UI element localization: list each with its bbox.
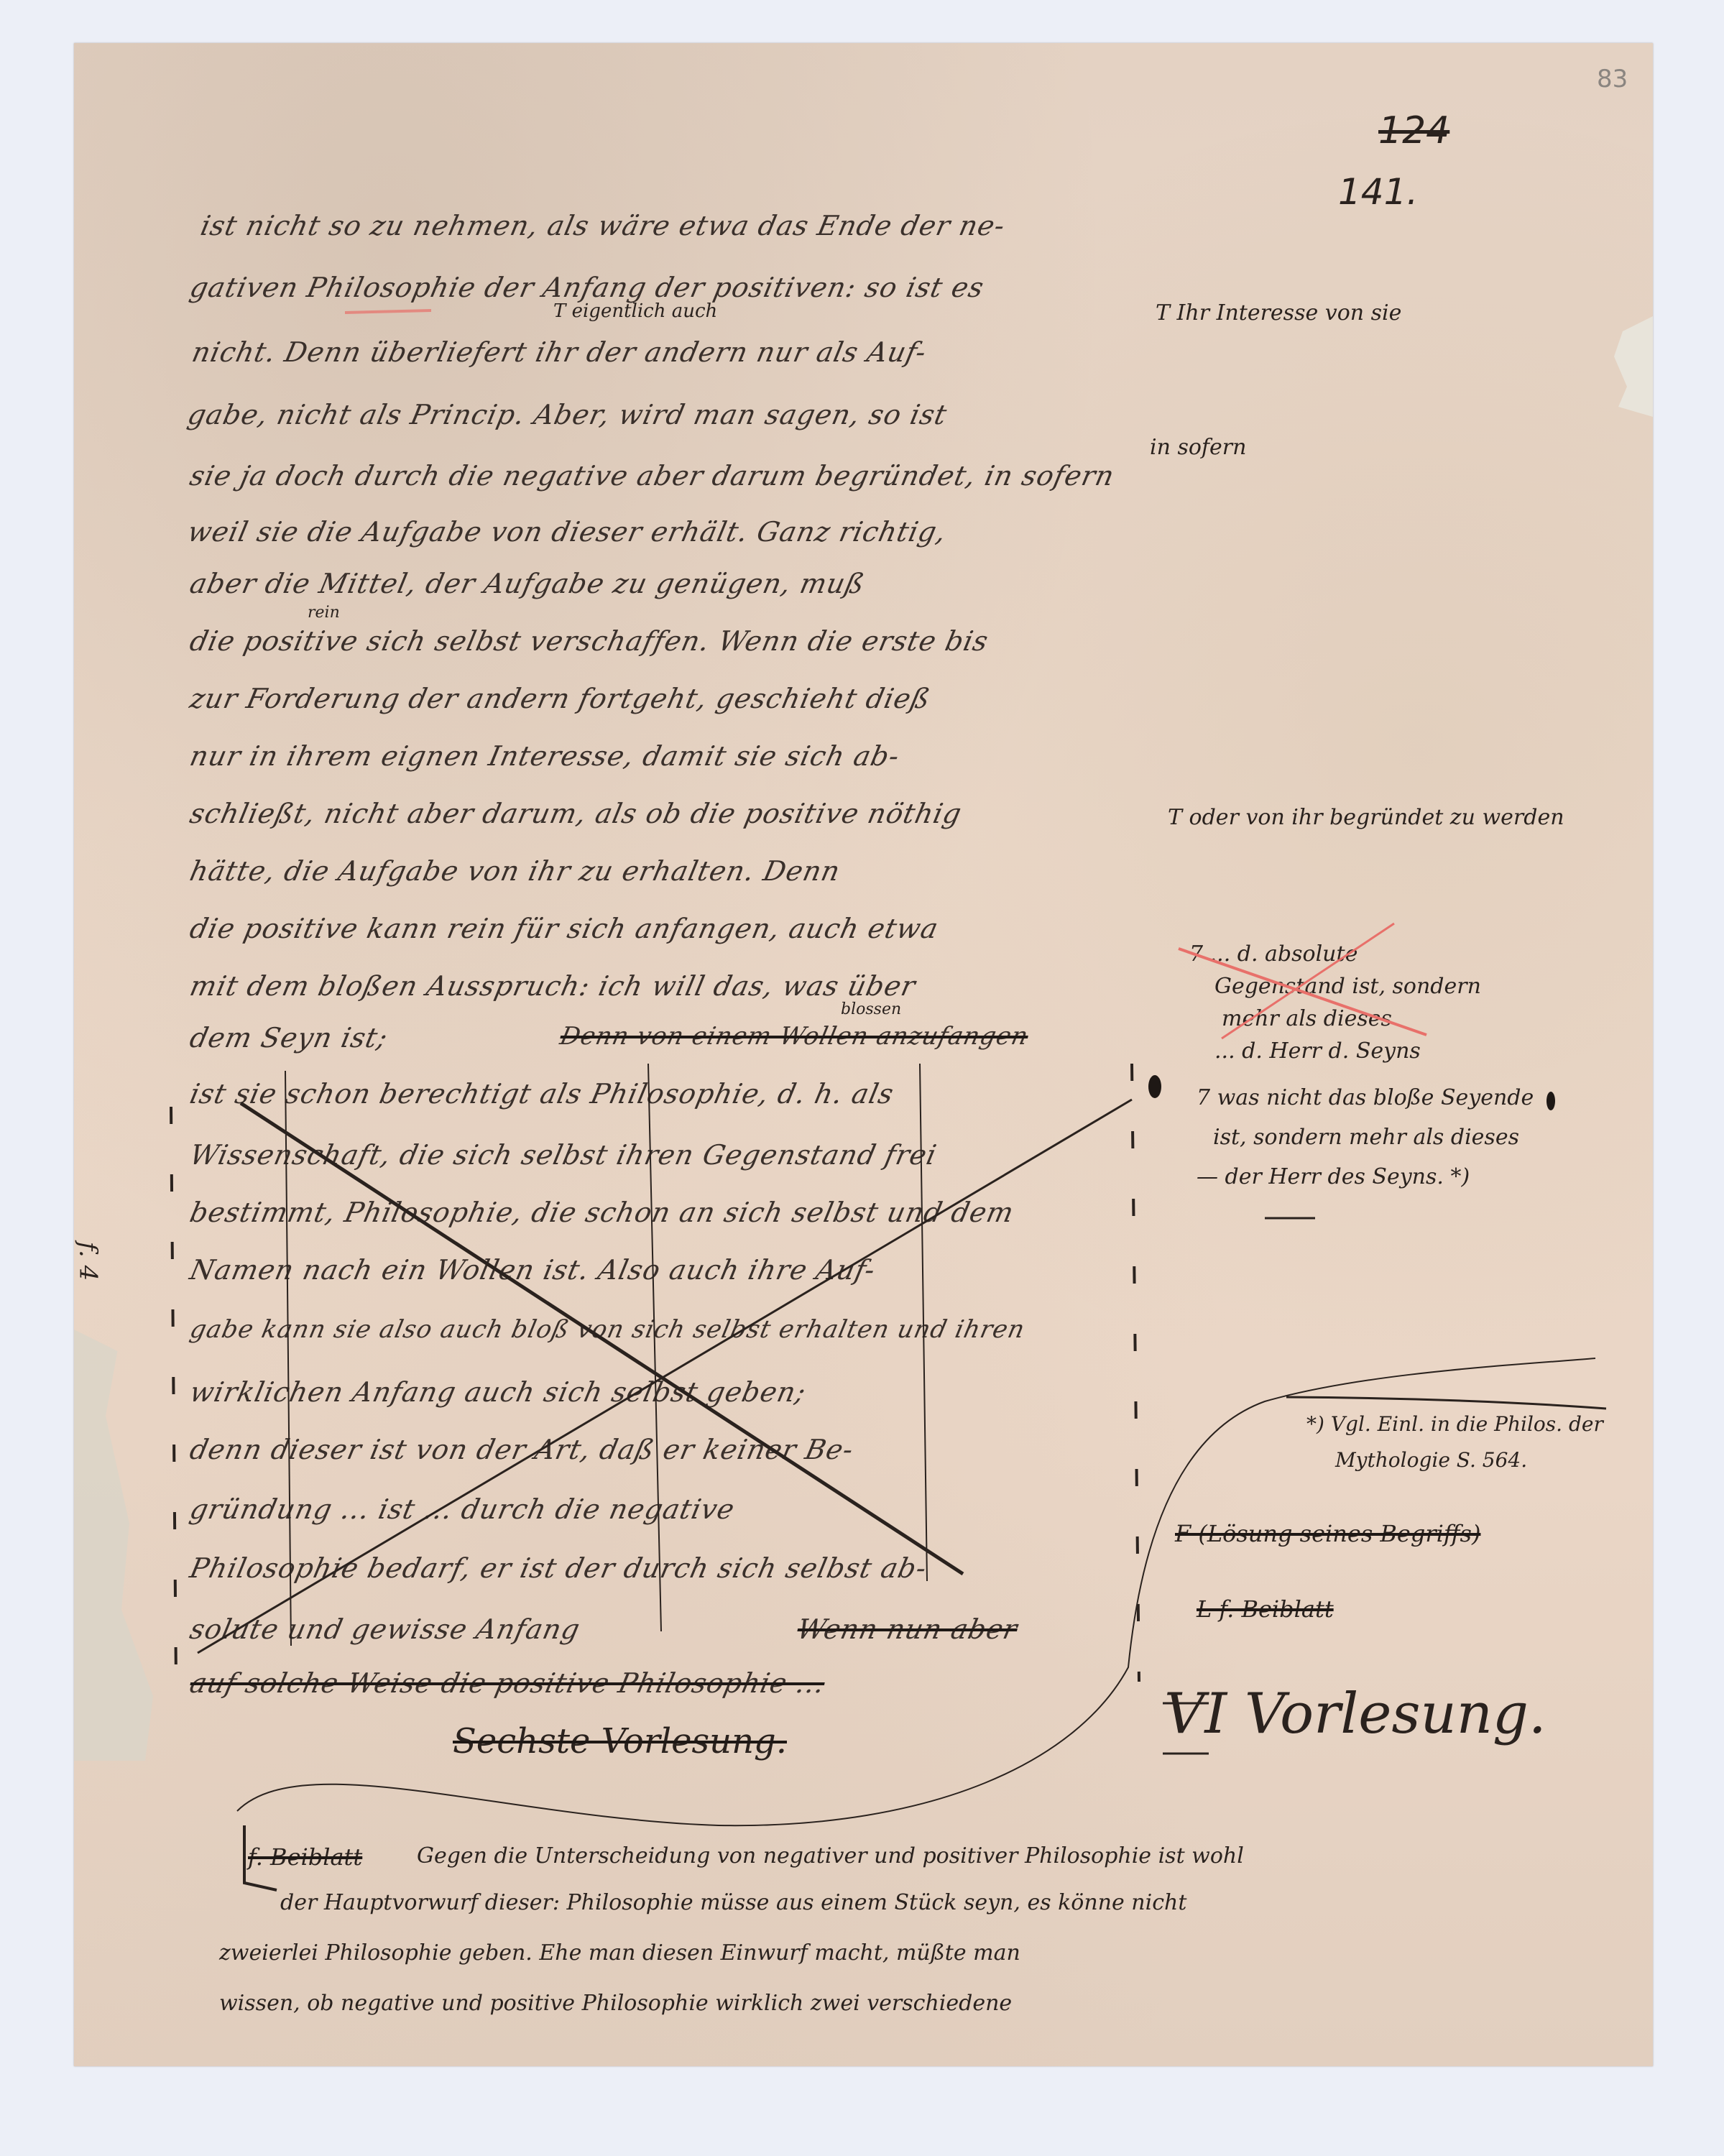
- page-number: 141.: [1338, 171, 1418, 213]
- text-line: hätte, die Aufgabe von ihr zu erhalten. …: [187, 855, 843, 887]
- deleted-line: Wissenschaft, die sich selbst ihren Gege…: [187, 1139, 939, 1171]
- deleted-line: auf solche Weise die positive Philosophi…: [187, 1667, 828, 1699]
- text-line: dem Seyn ist;: [187, 1022, 391, 1054]
- struck-margin-note: L f. Beiblatt: [1197, 1595, 1334, 1623]
- footnote-line: *) Vgl. Einl. in die Philos. der: [1306, 1412, 1603, 1436]
- interlinear-insertion: blossen: [841, 1000, 901, 1018]
- margin-note-line: 7 was nicht das bloße Seyende: [1197, 1085, 1534, 1110]
- left-margin-mark: f. 4: [73, 1242, 102, 1281]
- deleted-line: bestimmt, Philosophie, die schon an sich…: [187, 1197, 1017, 1228]
- archive-number: 83: [1597, 65, 1628, 93]
- text-line: die positive kann rein für sich anfangen…: [187, 913, 941, 944]
- old-page-number-struck: 124: [1378, 109, 1449, 152]
- deleted-line: Philosophie bedarf, er ist der durch sic…: [187, 1552, 930, 1584]
- bottom-line: wissen, ob negative und positive Philoso…: [219, 1991, 1012, 2016]
- bottom-line: zweierlei Philosophie geben. Ehe man die…: [219, 1940, 1020, 1966]
- interlinear-insertion: rein: [308, 604, 340, 622]
- struck-lecture-heading: Sechste Vorlesung.: [453, 1721, 787, 1761]
- margin-note-line: mehr als dieses: [1222, 1006, 1392, 1031]
- text-line: nur in ihrem eignen Interesse, damit sie…: [187, 740, 903, 772]
- deleted-line: Namen nach ein Wollen ist. Also auch ihr…: [187, 1254, 878, 1286]
- deleted-line: Wenn nun aber: [794, 1613, 1020, 1645]
- text-line: aber die Mittel, der Aufgabe zu genügen,…: [187, 568, 867, 599]
- lecture-heading: VI Vorlesung.: [1164, 1682, 1546, 1746]
- deleted-line: wirklichen Anfang auch sich selbst geben…: [187, 1376, 809, 1408]
- struck-beiblatt-ref: f. Beiblatt: [248, 1843, 362, 1871]
- deleted-line: gründung ... ist ... durch die negative: [187, 1493, 737, 1525]
- margin-note: in sofern: [1150, 435, 1246, 460]
- interlinear-insertion: T eigentlich auch: [553, 300, 717, 322]
- deleted-line: denn dieser ist von der Art, daß er kein…: [187, 1434, 857, 1465]
- margin-note-line: ist, sondern mehr als dieses: [1213, 1125, 1519, 1150]
- torn-edge-left: [74, 1330, 153, 1761]
- bottom-line: Gegen die Unterscheidung von negativer u…: [417, 1843, 1244, 1869]
- text-line: sie ja doch durch die negative aber daru…: [187, 460, 1117, 492]
- bottom-line: der Hauptvorwurf dieser: Philosophie müs…: [280, 1890, 1186, 1915]
- deleted-line: gabe kann sie also auch bloß von sich se…: [188, 1315, 1028, 1344]
- footnote-line: Mythologie S. 564.: [1335, 1448, 1527, 1472]
- margin-note: T oder von ihr begründet zu werden: [1168, 805, 1564, 830]
- text-line: nicht. Denn überliefert ihr der andern n…: [189, 336, 929, 368]
- text-line: ist nicht so zu nehmen, als wäre etwa da…: [198, 210, 1008, 241]
- text-line: weil sie die Aufgabe von dieser erhält. …: [185, 516, 949, 548]
- text-line: die positive sich selbst verschaffen. We…: [187, 625, 991, 657]
- torn-edge-right: [1610, 316, 1653, 417]
- margin-note: T Ihr Interesse von sie: [1156, 300, 1401, 326]
- deleted-line: solute und gewisse Anfang: [187, 1613, 583, 1645]
- text-line: schließt, nicht aber darum, als ob die p…: [187, 798, 964, 829]
- margin-note-line: ... d. Herr d. Seyns: [1214, 1038, 1421, 1064]
- margin-note-line: 7 ... d. absolute: [1189, 941, 1357, 967]
- text-line: gativen Philosophie der Anfang der posit…: [187, 272, 987, 303]
- text-line: mit dem bloßen Ausspruch: ich will das, …: [187, 970, 918, 1002]
- struck-margin-note: F (Lösung seines Begriffs): [1175, 1520, 1480, 1547]
- deleted-line: ist sie schon berechtigt als Philosophie…: [187, 1078, 897, 1110]
- text-line: gabe, nicht als Princip. Aber, wird man …: [185, 399, 950, 430]
- deleted-line: Denn von einem Wollen anzufangen: [558, 1022, 1031, 1051]
- margin-note-line: Gegenstand ist, sondern: [1214, 974, 1481, 999]
- text-line: zur Forderung der andern fortgeht, gesch…: [187, 683, 933, 714]
- margin-note-line: — der Herr des Seyns. *): [1197, 1164, 1470, 1189]
